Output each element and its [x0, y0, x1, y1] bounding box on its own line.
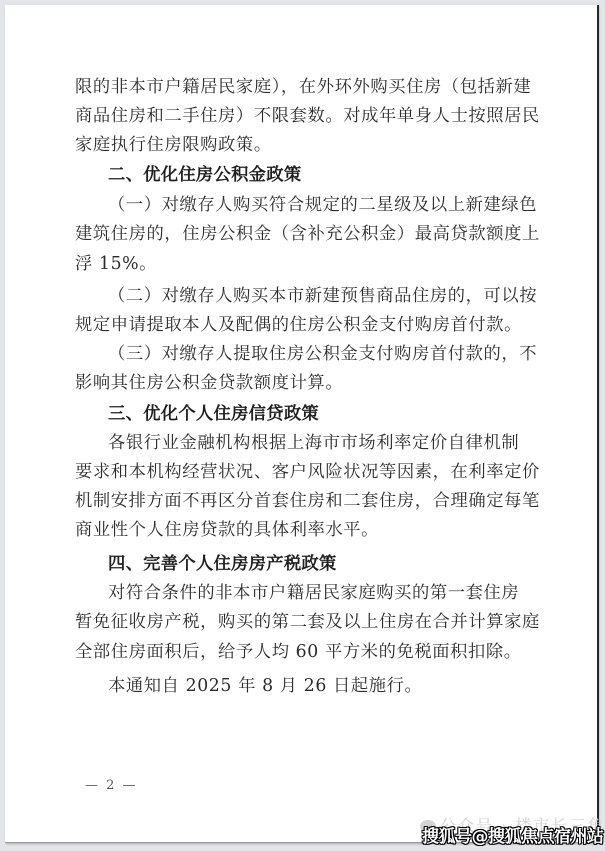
text-line: 商品住房和二手住房）不限套数。对成年单身人士按照居民 [75, 105, 507, 127]
section-heading-housing-fund: 二、优化住房公积金政策 [108, 164, 540, 186]
text-line: （二）对缴存人购买本市新建预售商品住房的，可以按 [108, 285, 508, 307]
text-line: 商业性个人住房贷款的具体利率水平。 [75, 519, 507, 541]
text-line: 机制安排方面不再区分首套住房和二套住房，合理确定每笔 [75, 490, 507, 512]
section-heading-credit: 三、优化个人住房信贷政策 [108, 403, 540, 425]
section-heading-property-tax: 四、完善个人住房房产税政策 [108, 553, 540, 575]
text-line: 对符合条件的非本市户籍居民家庭购买的第一套住房 [108, 582, 508, 604]
text-line: 各银行业金融机构根据上海市市场利率定价自律机制 [108, 432, 508, 454]
page-edge-right [597, 5, 599, 843]
text-line: 暂免征收房产税，购买的第二套及以上住房在合并计算家庭 [75, 611, 507, 633]
text-line: 浮 15%。 [75, 253, 507, 275]
text-line: （三）对缴存人提取住房公积金支付购房首付款的，不 [108, 343, 508, 365]
watermark-main: 搜狐号@搜狐焦点宿州站 [422, 822, 604, 847]
text-line: 全部住房面积后，给予人均 60 平方米的免税面积扣除。 [75, 641, 507, 663]
text-line: 影响其住房公积金贷款额度计算。 [75, 372, 507, 394]
text-line: 规定申请提取本人及配偶的住房公积金支付购房首付款。 [75, 314, 507, 336]
text-line: 建筑住房的，住房公积金（含补充公积金）最高贷款额度上 [75, 223, 507, 245]
page-number: — 2 — [85, 778, 138, 793]
text-line: 限的非本市户籍居民家庭），在外环外购买住房（包括新建 [75, 76, 507, 98]
text-line: 要求和本机构经营状况、客户风险状况等因素，在利率定价 [75, 461, 507, 483]
text-line: 家庭执行住房限购政策。 [75, 134, 507, 156]
text-line: （一）对缴存人购买符合规定的二星级及以上新建绿色 [108, 194, 508, 216]
effective-date-line: 本通知自 2025 年 8 月 26 日起施行。 [108, 675, 508, 697]
